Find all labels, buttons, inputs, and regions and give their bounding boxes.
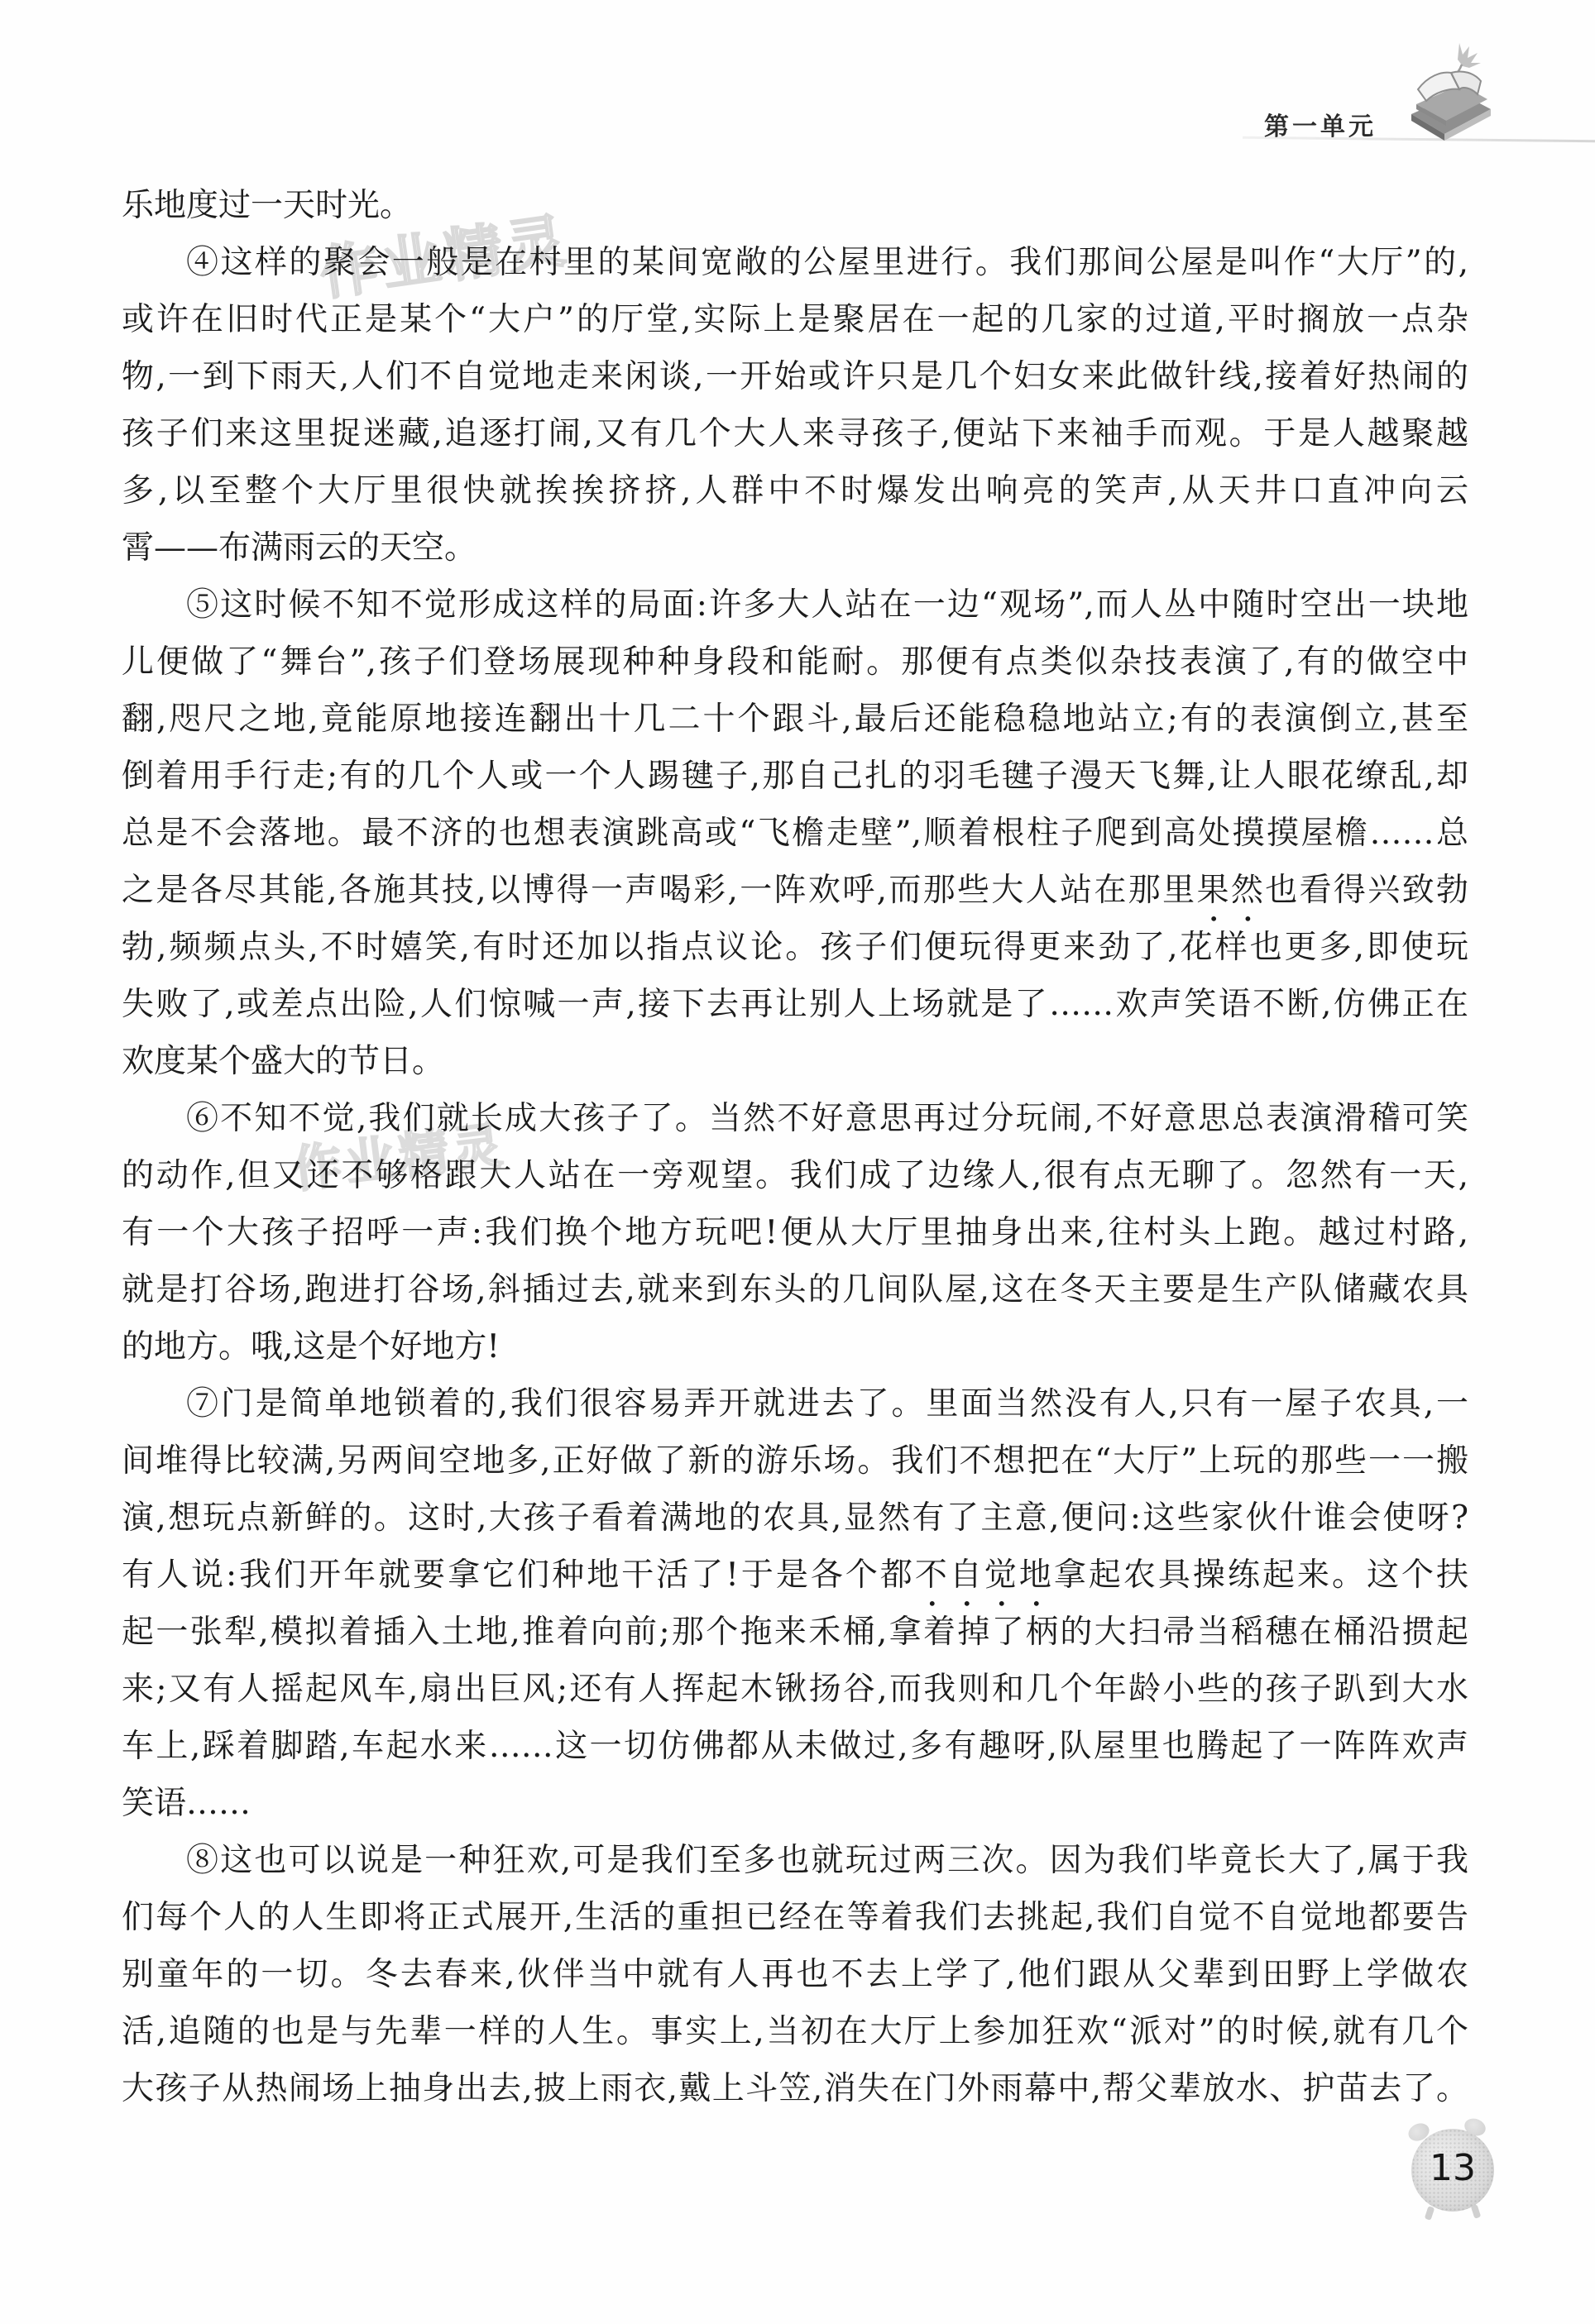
page-number-badge: 13 [1411, 2129, 1494, 2212]
text-line: 总是不会落地。最不济的也想表演跳高或“飞檐走壁”,顺着根柱子爬到高处摸摸屋檐……… [122, 805, 1468, 862]
text-line: 车上,踩着脚踏,车起水来……这一切仿佛都从未做过,多有趣呀,队屋里也腾起了一阵阵… [122, 1718, 1468, 1775]
text-line: 的地方。哦,这是个好地方! [122, 1318, 1468, 1375]
text-line: 失败了,或差点出险,人们惊喊一声,接下去再让别人上场就是了……欢声笑语不断,仿佛… [122, 976, 1468, 1033]
text-segment: 失败了,或差点出险,人们惊喊一声,接下去再让别人上场就是了……欢声笑语不断,仿佛… [122, 986, 1468, 1023]
text-line: 就是打谷场,跑进打谷场,斜插过去,就来到东头的几间队屋,这在冬天主要是生产队储藏… [122, 1261, 1468, 1318]
text-line: 欢度某个盛大的节日。 [122, 1033, 1468, 1090]
text-segment: 儿便做了“舞台”,孩子们登场展现种种身段和能耐。那便有点类似杂技表演了,有的做空… [122, 643, 1468, 681]
text-segment: 之是各尽其能,各施其技,以博得一声喝彩,一阵欢呼,而那些大人站在那里 [122, 872, 1197, 909]
text-segment: 也看得兴致勃 [1265, 872, 1468, 909]
text-segment: ⑧这也可以说是一种狂欢,可是我们至多也就玩过两三次。因为我们毕竟长大了,属于我 [186, 1842, 1468, 1879]
text-line: 物,一到下雨天,人们不自觉地走来闲谈,一开始或许只是几个妇女来此做针线,接着好热… [122, 348, 1468, 405]
text-line: 的动作,但又还不够格跟大人站在一旁观望。我们成了边缘人,很有点无聊了。忽然有一天… [122, 1147, 1468, 1204]
text-line: 别童年的一切。冬去春来,伙伴当中就有人再也不去上学了,他们跟从父辈到田野上学做农 [122, 1946, 1468, 2003]
text-segment: 勃,频频点头,不时嬉笑,有时还加以指点议论。孩子们便玩得更来劲了,花样也更多,即… [122, 929, 1468, 966]
text-segment: 翻,咫尺之地,竟能原地接连翻出十几二十个跟斗,最后还能稳稳地站立;有的表演倒立,… [122, 701, 1468, 738]
text-line: ⑧这也可以说是一种狂欢,可是我们至多也就玩过两三次。因为我们毕竟长大了,属于我 [122, 1832, 1468, 1889]
text-segment: 间堆得比较满,另两间空地多,正好做了新的游乐场。我们不想把在“大厅”上玩的那些一… [122, 1442, 1468, 1480]
text-segment: 大孩子从热闹场上抽身出去,披上雨衣,戴上斗笠,消失在门外雨幕中,帮父辈放水、护苗… [122, 2070, 1468, 2107]
text-line: 有人说:我们开年就要拿它们种地干活了!于是各个都不自觉地拿起农具操练起来。这个扶 [122, 1547, 1468, 1604]
text-segment: 起一张犁,模拟着插入土地,推着向前;那个拖来禾桶,拿着掉了柄的大扫帚当稻穗在桶沿… [122, 1614, 1468, 1651]
text-line: 霄——布满雨云的天空。 [122, 519, 1468, 576]
text-line: 翻,咫尺之地,竟能原地接连翻出十几二十个跟斗,最后还能稳稳地站立;有的表演倒立,… [122, 691, 1468, 748]
workbook-page: { "page": { "unit_label": "第一单元", "page_… [0, 0, 1595, 2324]
text-line: ⑥不知不觉,我们就长成大孩子了。当然不好意思再过分玩闹,不好意思总表演滑稽可笑 [122, 1090, 1468, 1147]
text-segment: 或许在旧时代正是某个“大户”的厅堂,实际上是聚居在一起的几家的过道,平时搁放一点… [122, 301, 1468, 338]
text-line: 儿便做了“舞台”,孩子们登场展现种种身段和能耐。那便有点类似杂技表演了,有的做空… [122, 634, 1468, 691]
text-line: 们每个人的人生即将正式展开,生活的重担已经在等着我们去挑起,我们自觉不自觉地都要… [122, 1889, 1468, 1946]
text-segment: 笑语…… [122, 1785, 251, 1822]
text-line: 倒着用手行走;有的几个人或一个人踢毽子,那自己扎的羽毛毽子漫天飞舞,让人眼花缭乱… [122, 748, 1468, 805]
text-line: 演,想玩点新鲜的。这时,大孩子看着满地的农具,显然有了主意,便问:这些家伙什谁会… [122, 1490, 1468, 1547]
text-segment: 拿起农具操练起来。这个扶 [1054, 1557, 1468, 1594]
text-segment: 别童年的一切。冬去春来,伙伴当中就有人再也不去上学了,他们跟从父辈到田野上学做农 [122, 1956, 1468, 1993]
text-line: 多,以至整个大厅里很快就挨挨挤挤,人群中不时爆发出响亮的笑声,从天井口直冲向云 [122, 462, 1468, 519]
books-and-leaf-icon [1380, 41, 1501, 142]
text-line: 孩子们来这里捉迷藏,追逐打闹,又有几个大人来寻孩子,便站下来袖手而观。于是人越聚… [122, 405, 1468, 462]
text-segment: ⑤这时候不知不觉形成这样的局面:许多大人站在一边“观场”,而人丛中随时空出一块地 [186, 586, 1468, 624]
text-line: 活,追随的也是与先辈一样的人生。事实上,当初在大厅上参加狂欢“派对”的时候,就有… [122, 2003, 1468, 2060]
text-segment: 车上,踩着脚踏,车起水来……这一切仿佛都从未做过,多有趣呀,队屋里也腾起了一阵阵… [122, 1728, 1468, 1765]
text-segment: 倒着用手行走;有的几个人或一个人踢毽子,那自己扎的羽毛毽子漫天飞舞,让人眼花缭乱… [122, 758, 1468, 795]
text-segment: 孩子们来这里捉迷藏,追逐打闹,又有几个大人来寻孩子,便站下来袖手而观。于是人越聚… [122, 415, 1468, 452]
text-segment: 们每个人的人生即将正式展开,生活的重担已经在等着我们去挑起,我们自觉不自觉地都要… [122, 1899, 1468, 1936]
text-segment: 的地方。哦,这是个好地方! [122, 1328, 500, 1365]
text-segment: 活,追随的也是与先辈一样的人生。事实上,当初在大厅上参加狂欢“派对”的时候,就有… [122, 2013, 1468, 2050]
text-line: 来;又有人摇起风车,扇出巨风;还有人挥起木锹扬谷,而我则和几个年龄小些的孩子趴到… [122, 1661, 1468, 1718]
text-segment: 多,以至整个大厅里很快就挨挨挤挤,人群中不时爆发出响亮的笑声,从天井口直冲向云 [122, 472, 1468, 509]
text-segment: 乐地度过一天时光。 [122, 187, 412, 224]
text-line: ④这样的聚会一般是在村里的某间宽敞的公屋里进行。我们那间公屋是叫作“大厅”的, [122, 234, 1468, 291]
text-segment: ④这样的聚会一般是在村里的某间宽敞的公屋里进行。我们那间公屋是叫作“大厅”的, [186, 244, 1468, 281]
page-number: 13 [1411, 2147, 1494, 2189]
text-segment: 总是不会落地。最不济的也想表演跳高或“飞檐走壁”,顺着根柱子爬到高处摸摸屋檐……… [122, 815, 1468, 852]
text-segment: 欢度某个盛大的节日。 [122, 1043, 444, 1080]
text-segment: ⑥不知不觉,我们就长成大孩子了。当然不好意思再过分玩闹,不好意思总表演滑稽可笑 [186, 1100, 1468, 1137]
text-segment: ⑦门是简单地锁着的,我们很容易弄开就进去了。里面当然没有人,只有一屋子农具,一 [186, 1385, 1468, 1423]
text-line: 或许在旧时代正是某个“大户”的厅堂,实际上是聚居在一起的几家的过道,平时搁放一点… [122, 291, 1468, 348]
text-block: 乐地度过一天时光。④这样的聚会一般是在村里的某间宽敞的公屋里进行。我们那间公屋是… [122, 177, 1468, 2117]
text-segment: 就是打谷场,跑进打谷场,斜插过去,就来到东头的几间队屋,这在冬天主要是生产队储藏… [122, 1271, 1468, 1308]
text-line: 乐地度过一天时光。 [122, 177, 1468, 234]
text-segment: 演,想玩点新鲜的。这时,大孩子看着满地的农具,显然有了主意,便问:这些家伙什谁会… [122, 1499, 1468, 1537]
emphasized-word: 不自觉地 [915, 1557, 1054, 1594]
text-line: 间堆得比较满,另两间空地多,正好做了新的游乐场。我们不想把在“大厅”上玩的那些一… [122, 1432, 1468, 1490]
text-segment: 有人说:我们开年就要拿它们种地干活了!于是各个都 [122, 1557, 915, 1594]
text-line: 勃,频频点头,不时嬉笑,有时还加以指点议论。孩子们便玩得更来劲了,花样也更多,即… [122, 919, 1468, 976]
text-line: ⑦门是简单地锁着的,我们很容易弄开就进去了。里面当然没有人,只有一屋子农具,一 [122, 1375, 1468, 1432]
text-line: 之是各尽其能,各施其技,以博得一声喝彩,一阵欢呼,而那些大人站在那里果然也看得兴… [122, 862, 1468, 919]
clock-leg-icon [1425, 2206, 1435, 2221]
text-line: ⑤这时候不知不觉形成这样的局面:许多大人站在一边“观场”,而人丛中随时空出一块地 [122, 576, 1468, 634]
text-line: 大孩子从热闹场上抽身出去,披上雨衣,戴上斗笠,消失在门外雨幕中,帮父辈放水、护苗… [122, 2060, 1468, 2117]
text-segment: 有一个大孩子招呼一声:我们换个地方玩吧!便从大厅里抽身出来,往村头上跑。越过村路… [122, 1214, 1468, 1251]
text-line: 笑语…… [122, 1775, 1468, 1832]
text-segment: 物,一到下雨天,人们不自觉地走来闲谈,一开始或许只是几个妇女来此做针线,接着好热… [122, 358, 1468, 395]
text-segment: 来;又有人摇起风车,扇出巨风;还有人挥起木锹扬谷,而我则和几个年龄小些的孩子趴到… [122, 1671, 1468, 1708]
emphasized-word: 果然 [1197, 872, 1266, 909]
text-segment: 霄——布满雨云的天空。 [122, 529, 477, 567]
text-line: 起一张犁,模拟着插入土地,推着向前;那个拖来禾桶,拿着掉了柄的大扫帚当稻穗在桶沿… [122, 1604, 1468, 1661]
text-line: 有一个大孩子招呼一声:我们换个地方玩吧!便从大厅里抽身出来,往村头上跑。越过村路… [122, 1204, 1468, 1261]
text-segment: 的动作,但又还不够格跟大人站在一旁观望。我们成了边缘人,很有点无聊了。忽然有一天… [122, 1157, 1468, 1194]
